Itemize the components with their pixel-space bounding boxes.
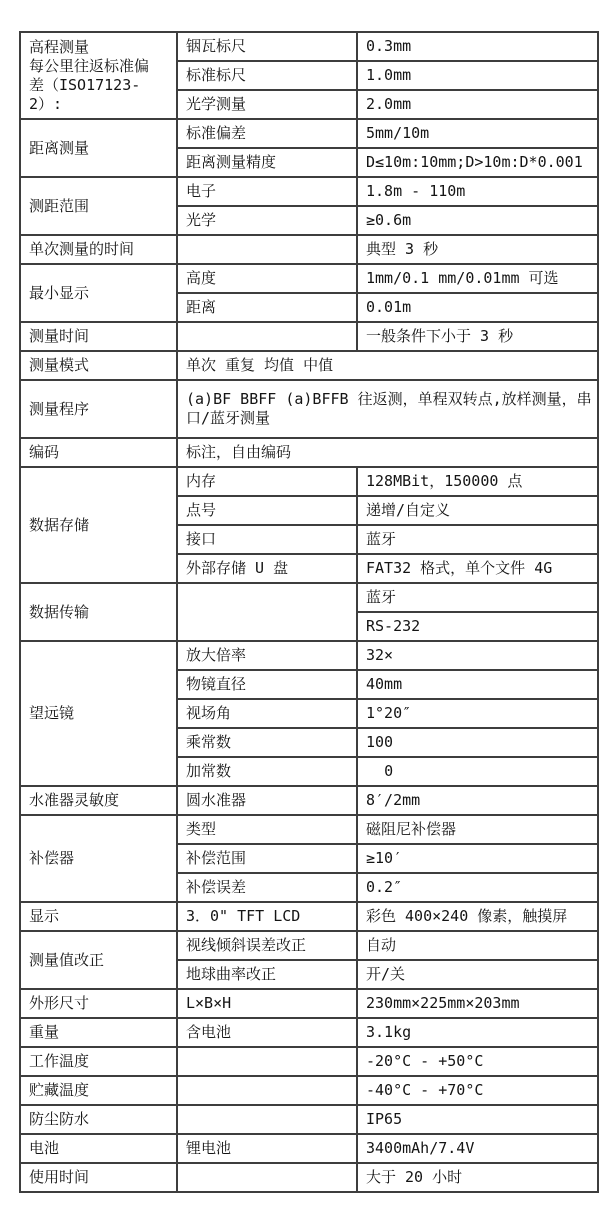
spec-param-cell: 标准标尺: [177, 61, 357, 90]
spec-param-cell: 距离测量精度: [177, 148, 357, 177]
spec-value-cell: 2.0mm: [357, 90, 598, 119]
spec-row: 测量程序(a)BF BBFF (a)BFFB 往返测，单程双转点,放样测量，串口…: [20, 380, 598, 438]
spec-value-cell: 8′/2mm: [357, 786, 598, 815]
spec-category-cell: 补偿器: [20, 815, 177, 902]
spec-value-cell: 1mm/0.1 mm/0.01mm 可选: [357, 264, 598, 293]
spec-category-cell: 测量时间: [20, 322, 177, 351]
spec-row: 数据存储内存128MBit，150000 点: [20, 467, 598, 496]
spec-row: 水准器灵敏度圆水准器8′/2mm: [20, 786, 598, 815]
spec-table: 高程测量 每公里往返标准偏 差（ISO17123-2）:铟瓦标尺0.3mm标准标…: [19, 31, 599, 1193]
spec-category-cell: 数据存储: [20, 467, 177, 583]
spec-category-cell: 距离测量: [20, 119, 177, 177]
spec-param-cell: 接口: [177, 525, 357, 554]
spec-row: 编码标注，自由编码: [20, 438, 598, 467]
spec-row: 测量值改正视线倾斜误差改正自动: [20, 931, 598, 960]
spec-value-cell: 自动: [357, 931, 598, 960]
spec-param-cell: 乘常数: [177, 728, 357, 757]
spec-category-cell: 重量: [20, 1018, 177, 1047]
spec-value-cell: 一般条件下小于 3 秒: [357, 322, 598, 351]
spec-category-cell: 数据传输: [20, 583, 177, 641]
spec-row: 外形尺寸L×B×H230mm×225mm×203mm: [20, 989, 598, 1018]
spec-category-cell: 单次测量的时间: [20, 235, 177, 264]
spec-row: 显示3．0" TFT LCD彩色 400×240 像素，触摸屏: [20, 902, 598, 931]
spec-param-cell: 单次 重复 均值 中值: [177, 351, 598, 380]
spec-param-cell: 加常数: [177, 757, 357, 786]
spec-row: 测量模式单次 重复 均值 中值: [20, 351, 598, 380]
spec-value-cell: FAT32 格式，单个文件 4G: [357, 554, 598, 583]
spec-param-cell: [177, 583, 357, 641]
spec-value-cell: 40mm: [357, 670, 598, 699]
spec-row: 最小显示高度1mm/0.1 mm/0.01mm 可选: [20, 264, 598, 293]
spec-row: 单次测量的时间典型 3 秒: [20, 235, 598, 264]
spec-param-cell: [177, 322, 357, 351]
spec-param-cell: 放大倍率: [177, 641, 357, 670]
spec-param-cell: 补偿误差: [177, 873, 357, 902]
spec-value-cell: -20°C - +50°C: [357, 1047, 598, 1076]
spec-row: 测量时间一般条件下小于 3 秒: [20, 322, 598, 351]
spec-value-cell: 0.01m: [357, 293, 598, 322]
spec-value-cell: D≤10m:10mm;D>10m:D*0.001: [357, 148, 598, 177]
spec-category-cell: 最小显示: [20, 264, 177, 322]
spec-value-cell: 230mm×225mm×203mm: [357, 989, 598, 1018]
spec-category-cell: 水准器灵敏度: [20, 786, 177, 815]
spec-category-cell: 测量程序: [20, 380, 177, 438]
spec-param-cell: 类型: [177, 815, 357, 844]
spec-row: 贮藏温度-40°C - +70°C: [20, 1076, 598, 1105]
spec-value-cell: 0.2″: [357, 873, 598, 902]
spec-row: 补偿器类型磁阻尼补偿器: [20, 815, 598, 844]
spec-row: 防尘防水IP65: [20, 1105, 598, 1134]
spec-value-cell: 开/关: [357, 960, 598, 989]
spec-value-cell: 蓝牙: [357, 525, 598, 554]
spec-row: 数据传输蓝牙: [20, 583, 598, 612]
spec-category-cell: 显示: [20, 902, 177, 931]
spec-param-cell: L×B×H: [177, 989, 357, 1018]
spec-param-cell: 点号: [177, 496, 357, 525]
spec-param-cell: [177, 1163, 357, 1192]
spec-category-cell: 编码: [20, 438, 177, 467]
spec-value-cell: 递增/自定义: [357, 496, 598, 525]
spec-value-cell: 典型 3 秒: [357, 235, 598, 264]
spec-category-cell: 高程测量 每公里往返标准偏 差（ISO17123-2）:: [20, 32, 177, 119]
spec-param-cell: 电子: [177, 177, 357, 206]
spec-row: 距离测量标准偏差5mm/10m: [20, 119, 598, 148]
spec-value-cell: 5mm/10m: [357, 119, 598, 148]
spec-value-cell: 0: [357, 757, 598, 786]
spec-param-cell: [177, 1076, 357, 1105]
spec-category-cell: 测距范围: [20, 177, 177, 235]
spec-row: 工作温度-20°C - +50°C: [20, 1047, 598, 1076]
spec-param-cell: [177, 235, 357, 264]
spec-param-cell: 光学测量: [177, 90, 357, 119]
spec-category-cell: 电池: [20, 1134, 177, 1163]
spec-category-cell: 测量值改正: [20, 931, 177, 989]
spec-value-cell: 32×: [357, 641, 598, 670]
spec-category-cell: 望远镜: [20, 641, 177, 786]
spec-category-cell: 使用时间: [20, 1163, 177, 1192]
spec-param-cell: 圆水准器: [177, 786, 357, 815]
spec-value-cell: 100: [357, 728, 598, 757]
spec-row: 电池锂电池3400mAh/7.4V: [20, 1134, 598, 1163]
spec-value-cell: 彩色 400×240 像素，触摸屏: [357, 902, 598, 931]
spec-category-cell: 防尘防水: [20, 1105, 177, 1134]
spec-value-cell: -40°C - +70°C: [357, 1076, 598, 1105]
spec-param-cell: 视线倾斜误差改正: [177, 931, 357, 960]
spec-value-cell: 1°20″: [357, 699, 598, 728]
spec-table-body: 高程测量 每公里往返标准偏 差（ISO17123-2）:铟瓦标尺0.3mm标准标…: [20, 32, 598, 1192]
spec-value-cell: 蓝牙: [357, 583, 598, 612]
spec-param-cell: 标准偏差: [177, 119, 357, 148]
spec-param-cell: 物镜直径: [177, 670, 357, 699]
spec-param-cell: 距离: [177, 293, 357, 322]
spec-param-cell: 地球曲率改正: [177, 960, 357, 989]
spec-category-cell: 贮藏温度: [20, 1076, 177, 1105]
spec-param-cell: 高度: [177, 264, 357, 293]
spec-value-cell: 0.3mm: [357, 32, 598, 61]
spec-value-cell: 磁阻尼补偿器: [357, 815, 598, 844]
spec-param-cell: 3．0" TFT LCD: [177, 902, 357, 931]
spec-param-cell: 含电池: [177, 1018, 357, 1047]
spec-value-cell: RS-232: [357, 612, 598, 641]
spec-row: 重量含电池3.1kg: [20, 1018, 598, 1047]
spec-param-cell: 内存: [177, 467, 357, 496]
spec-category-cell: 测量模式: [20, 351, 177, 380]
spec-value-cell: 3.1kg: [357, 1018, 598, 1047]
spec-category-cell: 工作温度: [20, 1047, 177, 1076]
spec-category-cell: 外形尺寸: [20, 989, 177, 1018]
spec-row: 望远镜放大倍率32×: [20, 641, 598, 670]
spec-value-cell: 128MBit，150000 点: [357, 467, 598, 496]
spec-value-cell: ≥0.6m: [357, 206, 598, 235]
spec-param-cell: (a)BF BBFF (a)BFFB 往返测，单程双转点,放样测量，串口/蓝牙测…: [177, 380, 598, 438]
spec-value-cell: 1.8m - 110m: [357, 177, 598, 206]
spec-sheet: 高程测量 每公里往返标准偏 差（ISO17123-2）:铟瓦标尺0.3mm标准标…: [0, 0, 600, 1222]
spec-param-cell: 视场角: [177, 699, 357, 728]
spec-row: 使用时间大于 20 小时: [20, 1163, 598, 1192]
spec-value-cell: 大于 20 小时: [357, 1163, 598, 1192]
spec-value-cell: 3400mAh/7.4V: [357, 1134, 598, 1163]
spec-param-cell: 铟瓦标尺: [177, 32, 357, 61]
spec-param-cell: 锂电池: [177, 1134, 357, 1163]
spec-value-cell: ≥10′: [357, 844, 598, 873]
spec-row: 测距范围电子1.8m - 110m: [20, 177, 598, 206]
spec-param-cell: [177, 1105, 357, 1134]
spec-value-cell: 1.0mm: [357, 61, 598, 90]
spec-param-cell: 标注，自由编码: [177, 438, 598, 467]
spec-param-cell: 补偿范围: [177, 844, 357, 873]
spec-param-cell: 外部存储 U 盘: [177, 554, 357, 583]
spec-param-cell: 光学: [177, 206, 357, 235]
spec-row: 高程测量 每公里往返标准偏 差（ISO17123-2）:铟瓦标尺0.3mm: [20, 32, 598, 61]
spec-param-cell: [177, 1047, 357, 1076]
spec-value-cell: IP65: [357, 1105, 598, 1134]
